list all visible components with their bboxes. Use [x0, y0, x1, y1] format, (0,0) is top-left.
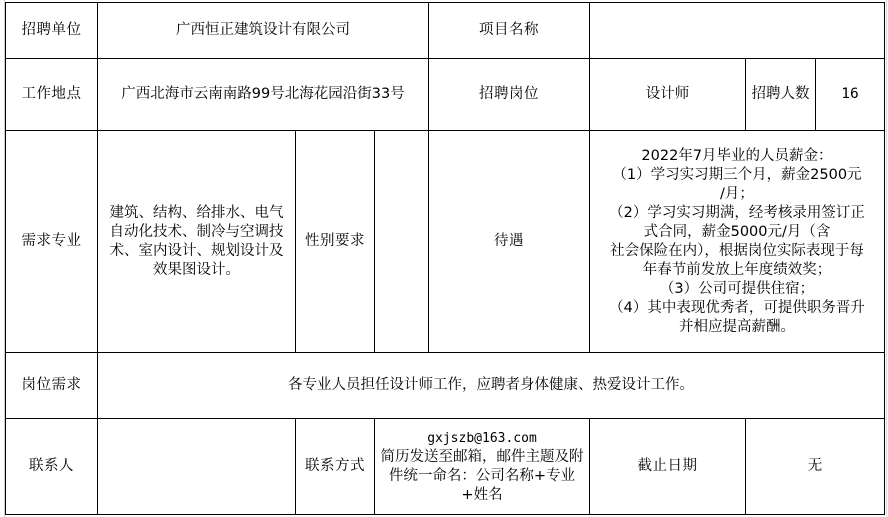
row-employer: 招聘单位 广西恒正建筑设计有限公司 项目名称: [6, 3, 885, 59]
row-location: 工作地点 广西北海市云南南路99号北海花园沿街33号 招聘岗位 设计师 招聘人数…: [6, 59, 885, 131]
recruitment-table: 招聘单位 广西恒正建筑设计有限公司 项目名称 工作地点 广西北海市云南南路99号…: [5, 2, 885, 515]
contact-method-label: 联系方式: [296, 419, 375, 515]
sheet-gridline-right: [886, 0, 887, 517]
position-value[interactable]: 设计师: [590, 59, 746, 131]
contact-instructions: 简历发送至邮箱，邮件主题及附件统一命名：公司名称+专业+姓名: [377, 448, 587, 505]
benefits-line: （1）学习实习期三个月，薪金2500元: [593, 166, 881, 185]
benefits-value[interactable]: 2022年7月毕业的人员薪金： （1）学习实习期三个月，薪金2500元 /月； …: [590, 131, 885, 353]
gender-label: 性别要求: [296, 131, 375, 353]
major-value[interactable]: 建筑、结构、给排水、电气自动化技术、制冷与空调技术、室内设计、规划设计及效果图设…: [98, 131, 296, 353]
location-value[interactable]: 广西北海市云南南路99号北海花园沿街33号: [98, 59, 429, 131]
row-major: 需求专业 建筑、结构、给排水、电气自动化技术、制冷与空调技术、室内设计、规划设计…: [6, 131, 885, 353]
benefits-line: （3）公司可提供住宿；: [593, 280, 881, 299]
benefits-line: （2）学习实习期满，经考核录用签订正: [593, 204, 881, 223]
benefits-line: /月；: [593, 185, 881, 204]
location-label: 工作地点: [6, 59, 98, 131]
position-label: 招聘岗位: [429, 59, 590, 131]
benefits-line: （4）其中表现优秀者，可提供职务晋升: [593, 299, 881, 318]
benefits-label: 待遇: [429, 131, 590, 353]
headcount-label: 招聘人数: [746, 59, 816, 131]
benefits-line: 式合同，薪金5000元/月（含: [593, 223, 881, 242]
major-label: 需求专业: [6, 131, 98, 353]
employer-label: 招聘单位: [6, 3, 98, 59]
headcount-value[interactable]: 16: [816, 59, 885, 131]
contact-method-value[interactable]: gxjszb@163.com 简历发送至邮箱，邮件主题及附件统一命名：公司名称+…: [375, 419, 590, 515]
contact-email[interactable]: gxjszb@163.com: [377, 429, 587, 448]
gender-value[interactable]: [375, 131, 429, 353]
contact-person-label: 联系人: [6, 419, 98, 515]
project-label: 项目名称: [429, 3, 590, 59]
project-value[interactable]: [590, 3, 885, 59]
deadline-label: 截止日期: [590, 419, 746, 515]
benefits-line: 2022年7月毕业的人员薪金：: [593, 147, 881, 166]
requirement-label: 岗位需求: [6, 353, 98, 419]
benefits-line: 并相应提高薪酬。: [593, 318, 881, 337]
row-requirement: 岗位需求 各专业人员担任设计师工作，应聘者身体健康、热爱设计工作。: [6, 353, 885, 419]
row-contact: 联系人 联系方式 gxjszb@163.com 简历发送至邮箱，邮件主题及附件统…: [6, 419, 885, 515]
benefits-line: 社会保险在内），根据岗位实际表现于每: [593, 242, 881, 261]
employer-value[interactable]: 广西恒正建筑设计有限公司: [98, 3, 429, 59]
contact-person-value[interactable]: [98, 419, 296, 515]
benefits-line: 年春节前发放上年度绩效奖；: [593, 261, 881, 280]
requirement-value[interactable]: 各专业人员担任设计师工作，应聘者身体健康、热爱设计工作。: [98, 353, 885, 419]
deadline-value[interactable]: 无: [746, 419, 885, 515]
